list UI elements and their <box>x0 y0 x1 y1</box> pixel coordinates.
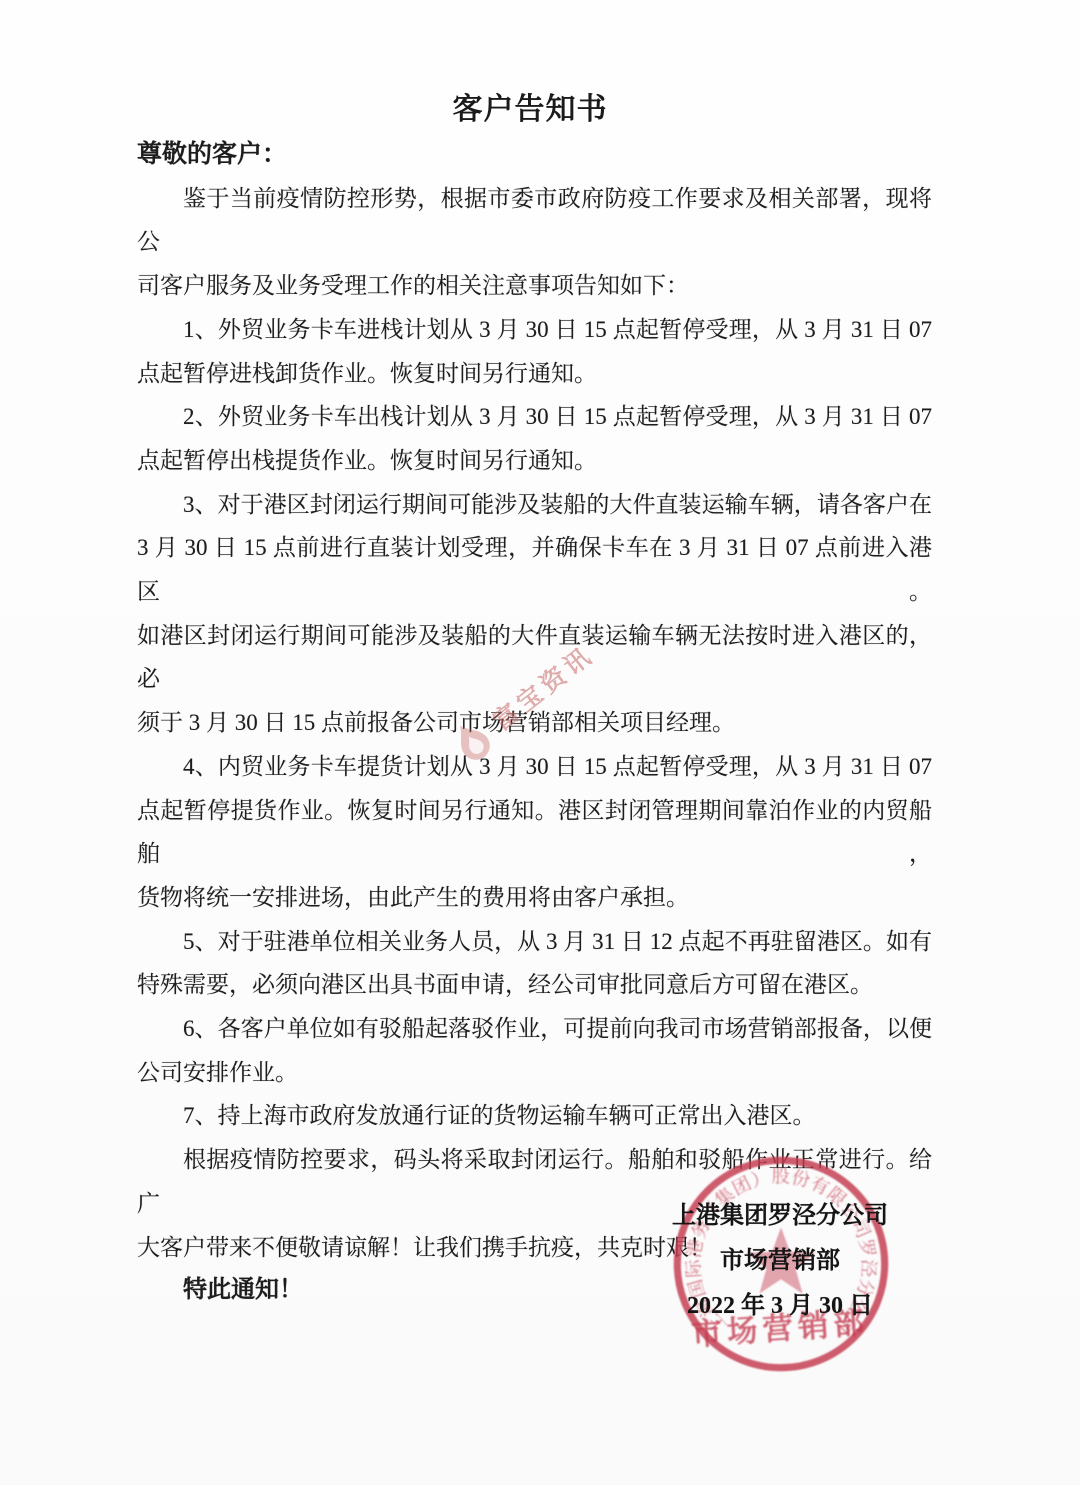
signature-department: 市场营销部 <box>630 1239 930 1284</box>
text-line: 货物将统一安排进场，由此产生的费用将由客户承担。 <box>137 876 932 920</box>
text-line: 1、外贸业务卡车进栈计划从 3 月 30 日 15 点起暂停受理，从 3 月 3… <box>137 308 932 352</box>
paragraph: 2、外贸业务卡车出栈计划从 3 月 30 日 15 点起暂停受理，从 3 月 3… <box>137 395 932 482</box>
text-line: 6、各客户单位如有驳船起落驳作业，可提前向我司市场营销部报备，以便 <box>137 1007 932 1051</box>
notice-body: 尊敬的客户： 鉴于当前疫情防控形势，根据市委市政府防疫工作要求及相关部署，现将公… <box>137 133 932 1313</box>
text-line: 司客户服务及业务受理工作的相关注意事项告知如下： <box>137 264 932 308</box>
paragraph: 鉴于当前疫情防控形势，根据市委市政府防疫工作要求及相关部署，现将公司客户服务及业… <box>137 177 932 308</box>
page-title: 客户告知书 <box>0 84 1060 128</box>
signature-company: 上港集团罗泾分公司 <box>630 1194 930 1239</box>
text-line: 如港区封闭运行期间可能涉及装船的大件直装运输车辆无法按时进入港区的，必 <box>137 614 932 701</box>
text-line: 7、持上海市政府发放通行证的货物运输车辆可正常出入港区。 <box>137 1094 932 1138</box>
text-line: 点起暂停进栈卸货作业。恢复时间另行通知。 <box>137 352 932 396</box>
text-line: 点起暂停出栈提货作业。恢复时间另行通知。 <box>137 439 932 483</box>
paragraph: 5、对于驻港单位相关业务人员，从 3 月 31 日 12 点起不再驻留港区。如有… <box>137 920 932 1007</box>
text-line: 2、外贸业务卡车出栈计划从 3 月 30 日 15 点起暂停受理，从 3 月 3… <box>137 395 932 439</box>
text-line: 3、对于港区封闭运行期间可能涉及装船的大件直装运输车辆，请各客户在 <box>137 483 932 527</box>
signature-date: 2022 年 3 月 30 日 <box>630 1284 930 1329</box>
salutation: 尊敬的客户： <box>137 133 932 177</box>
text-line: 须于 3 月 30 日 15 点前报备公司市场营销部相关项目经理。 <box>137 701 932 745</box>
paragraph: 4、内贸业务卡车提货计划从 3 月 30 日 15 点起暂停受理，从 3 月 3… <box>137 745 932 920</box>
signature-block: 上港集团罗泾分公司 市场营销部 2022 年 3 月 30 日 <box>630 1194 930 1329</box>
text-line: 点起暂停提货作业。恢复时间另行通知。港区封闭管理期间靠泊作业的内贸船舶， <box>137 789 932 876</box>
text-line: 特殊需要，必须向港区出具书面申请，经公司审批同意后方可留在港区。 <box>137 963 932 1007</box>
paragraph: 7、持上海市政府发放通行证的货物运输车辆可正常出入港区。 <box>137 1094 932 1138</box>
document-page: 客户告知书 尊敬的客户： 鉴于当前疫情防控形势，根据市委市政府防疫工作要求及相关… <box>0 0 1080 1485</box>
text-line: 3 月 30 日 15 点前进行直装计划受理，并确保卡车在 3 月 31 日 0… <box>137 526 932 613</box>
paragraph: 1、外贸业务卡车进栈计划从 3 月 30 日 15 点起暂停受理，从 3 月 3… <box>137 308 932 395</box>
paragraph: 6、各客户单位如有驳船起落驳作业，可提前向我司市场营销部报备，以便公司安排作业。 <box>137 1007 932 1094</box>
text-line: 4、内贸业务卡车提货计划从 3 月 30 日 15 点起暂停受理，从 3 月 3… <box>137 745 932 789</box>
text-line: 5、对于驻港单位相关业务人员，从 3 月 31 日 12 点起不再驻留港区。如有 <box>137 920 932 964</box>
text-line: 鉴于当前疫情防控形势，根据市委市政府防疫工作要求及相关部署，现将公 <box>137 177 932 264</box>
text-line: 公司安排作业。 <box>137 1051 932 1095</box>
paragraph: 3、对于港区封闭运行期间可能涉及装船的大件直装运输车辆，请各客户在3 月 30 … <box>137 483 932 745</box>
